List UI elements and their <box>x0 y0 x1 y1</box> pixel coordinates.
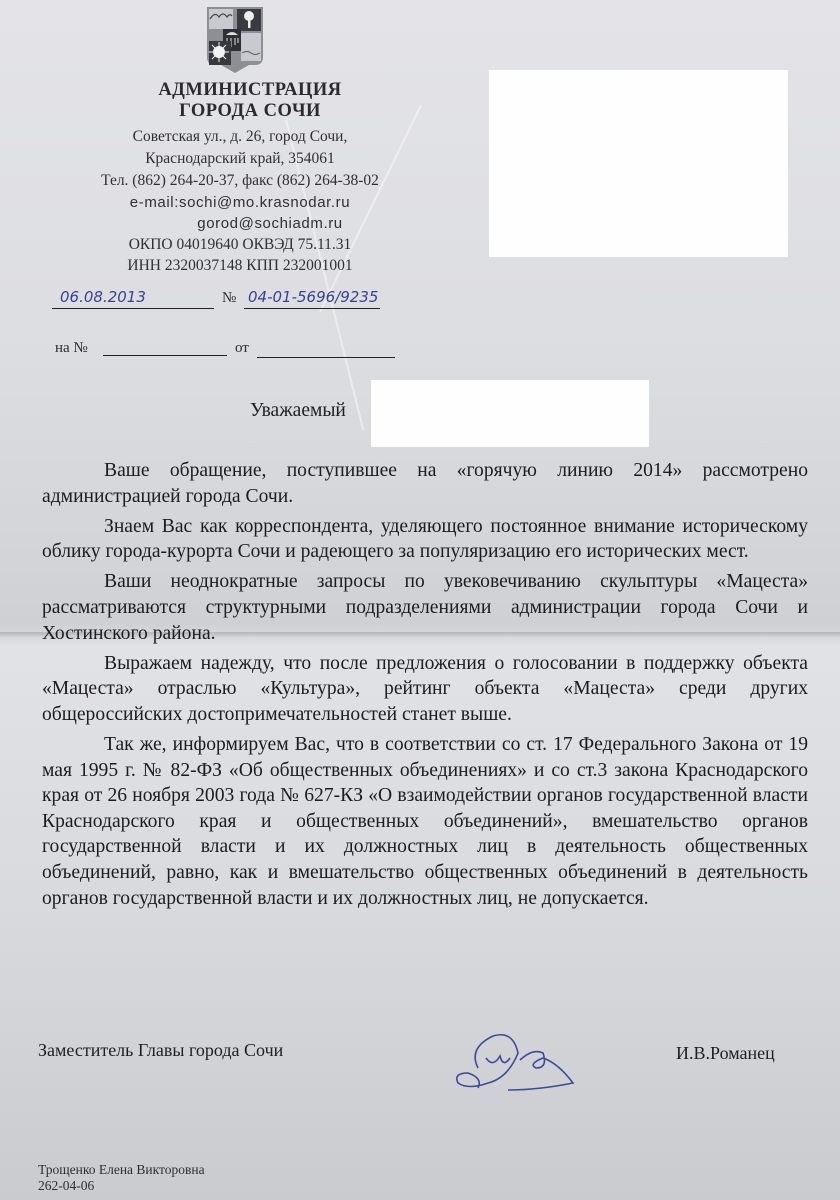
address-line2: Краснодарский край, 354061 <box>60 149 420 170</box>
body-paragraph: Так же, информируем Вас, что в соответст… <box>42 732 808 911</box>
reply-to-label: на № <box>55 340 88 357</box>
body-paragraph: Ваше обращение, поступившее на «горячую … <box>42 458 808 509</box>
letter-body: Ваше обращение, поступившее на «горячую … <box>42 458 808 916</box>
coat-of-arms-icon <box>205 5 265 75</box>
body-paragraph: Выражаем надежду, что после предложения … <box>42 651 808 728</box>
org-name-line1: АДМИНИСТРАЦИЯ <box>100 80 400 101</box>
phone-fax-line: Тел. (862) 264-20-37, факс (862) 264-38-… <box>60 171 420 192</box>
from-label: от <box>235 340 249 357</box>
body-paragraph: Знаем Вас как корреспондента, уделяющего… <box>42 514 808 565</box>
redacted-recipient-block <box>489 70 788 257</box>
redacted-recipient-name <box>371 380 649 447</box>
codes-inn-kpp: ИНН 2320037148 КПП 232001001 <box>60 256 420 277</box>
handwritten-signature-icon <box>448 1028 588 1098</box>
email-line2: gorod@sochiadm.ru <box>90 214 450 235</box>
executor-name: Трощенко Елена Викторовна <box>38 1162 205 1178</box>
salutation: Уважаемый <box>250 400 346 422</box>
number-label: № <box>222 290 236 307</box>
signatory-name: И.В.Романец <box>676 1043 775 1064</box>
org-name-line2: ГОРОДА СОЧИ <box>100 101 400 122</box>
email-line1: e-mail:sochi@mo.krasnodar.ru <box>60 193 420 214</box>
reply-to-number-field <box>103 355 227 356</box>
date-underline <box>52 308 214 309</box>
outgoing-date: 06.08.2013 <box>60 288 146 306</box>
address-line1: Советская ул., д. 26, город Сочи, <box>60 127 420 148</box>
executor-phone: 262-04-06 <box>38 1178 94 1194</box>
reply-to-date-field <box>257 357 395 358</box>
signatory-position: Заместитель Главы города Сочи <box>38 1040 283 1061</box>
body-paragraph: Ваши неоднократные запросы по увековечив… <box>42 569 808 646</box>
number-underline <box>244 308 380 309</box>
codes-okpo-okved: ОКПО 04019640 ОКВЭД 75.11.31 <box>60 235 420 256</box>
outgoing-number: 04-01-5696/9235 <box>248 288 378 306</box>
